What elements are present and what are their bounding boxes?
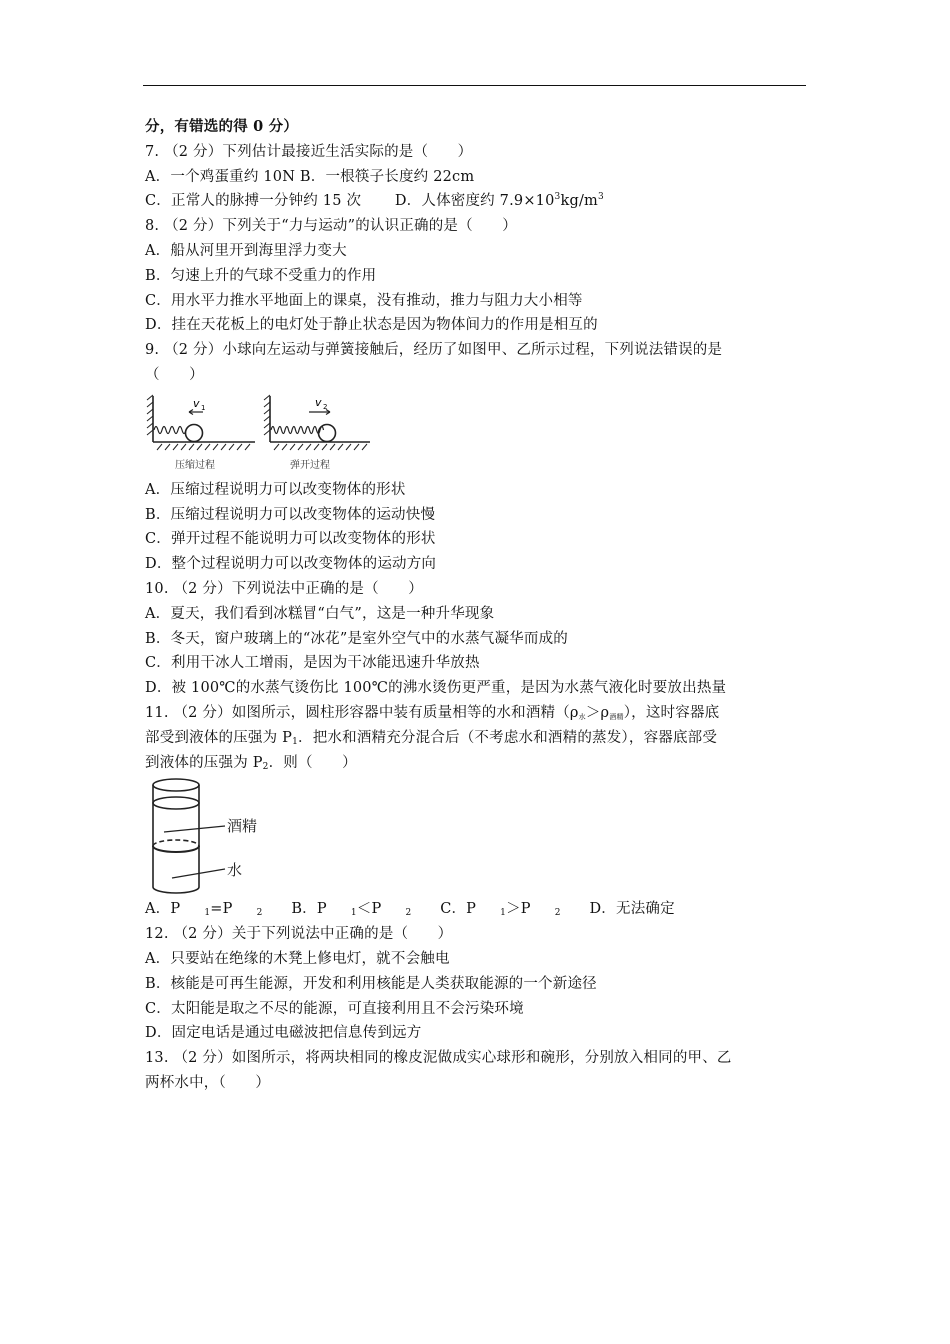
svg-text:弹开过程: 弹开过程	[290, 458, 330, 471]
question-8: 8. （2 分）下列关于“力与运动”的认识正确的是（ ） A．船从河里开到海里浮…	[145, 214, 810, 338]
svg-text:1: 1	[201, 404, 205, 412]
options-ab: A．一个鸡蛋重约 10N B．一根筷子长度约 22cm	[145, 165, 810, 190]
question-stem: 11. （2 分）如图所示，圆柱形容器中装有质量相等的水和酒精（ρ水＞ρ酒精），…	[145, 701, 810, 726]
header-rule	[143, 85, 806, 86]
question-9: 9. （2 分）小球向左运动与弹簧接触后，经历了如图甲、乙所示过程，下列说法错误…	[145, 338, 810, 577]
option-c: C．弹开过程不能说明力可以改变物体的形状	[145, 527, 810, 552]
svg-text:水: 水	[227, 861, 242, 879]
question-stem: 9. （2 分）小球向左运动与弹簧接触后，经历了如图甲、乙所示过程，下列说法错误…	[145, 338, 810, 363]
question-stem-cont: （ ）	[145, 363, 810, 388]
question-stem-line2: 部受到液体的压强为 P1．把水和酒精充分混合后（不考虑水和酒精的蒸发），容器底部…	[145, 726, 810, 751]
option-d: D．整个过程说明力可以改变物体的运动方向	[145, 552, 810, 577]
svg-text:v: v	[193, 397, 200, 410]
option-d: D．固定电话是通过电磁波把信息传到远方	[145, 1021, 810, 1046]
question-stem-line3: 到液体的压强为 P2．则（ ）	[145, 751, 810, 776]
question-stem: 8. （2 分）下列关于“力与运动”的认识正确的是（ ）	[145, 214, 810, 239]
option-d: D．无法确定	[589, 901, 674, 917]
question-7: 7. （2 分）下列估计最接近生活实际的是（ ） A．一个鸡蛋重约 10N B．…	[145, 140, 810, 214]
svg-text:2: 2	[323, 403, 327, 411]
options-row: A．P1=P2 B．P1＜P2 C．P1＞P2 D．无法确定	[145, 897, 810, 922]
option-b: B．核能是可再生能源，开发和利用核能是人类获取能源的一个新途径	[145, 972, 810, 997]
question-12: 12. （2 分）关于下列说法中正确的是（ ） A．只要站在绝缘的木凳上修电灯，…	[145, 922, 810, 1046]
section-instruction-fragment: 分，有错选的得 0 分）	[145, 115, 810, 140]
option-b: B．冬天，窗户玻璃上的“冰花”是室外空气中的水蒸气凝华而成的	[145, 627, 810, 652]
option-c: C．用水平力推水平地面上的课桌，没有推动，推力与阻力大小相等	[145, 289, 810, 314]
question-13: 13. （2 分）如图所示，将两块相同的橡皮泥做成实心球形和碗形，分别放入相同的…	[145, 1046, 810, 1096]
exam-page: 分，有错选的得 0 分） 7. （2 分）下列估计最接近生活实际的是（ ） A．…	[145, 115, 810, 1096]
svg-text:酒精: 酒精	[227, 817, 257, 835]
svg-text:压缩过程: 压缩过程	[175, 458, 215, 471]
spring-diagram-icon: v 1 压缩过程 v 2 弹开过程	[145, 390, 375, 476]
option-a: A．只要站在绝缘的木凳上修电灯，就不会触电	[145, 947, 810, 972]
option-a: A．夏天，我们看到冰糕冒“白气”，这是一种升华现象	[145, 602, 810, 627]
option-d: D．挂在天花板上的电灯处于静止状态是因为物体间力的作用是相互的	[145, 313, 810, 338]
spring-figure: v 1 压缩过程 v 2 弹开过程	[145, 390, 810, 476]
options-cd: C．正常人的脉搏一分钟约 15 次 D．人体密度约 7.9×103kg/m3	[145, 189, 810, 214]
question-11: 11. （2 分）如图所示，圆柱形容器中装有质量相等的水和酒精（ρ水＞ρ酒精），…	[145, 701, 810, 922]
svg-text:v: v	[315, 396, 322, 409]
option-b: B．压缩过程说明力可以改变物体的运动快慢	[145, 503, 810, 528]
option-c: C．太阳能是取之不尽的能源，可直接利用且不会污染环境	[145, 997, 810, 1022]
option-c: C．P1＞P2	[440, 901, 560, 917]
option-a: A．压缩过程说明力可以改变物体的形状	[145, 478, 810, 503]
question-10: 10. （2 分）下列说法中正确的是（ ） A．夏天，我们看到冰糕冒“白气”，这…	[145, 577, 810, 701]
option-a: A．船从河里开到海里浮力变大	[145, 239, 810, 264]
question-stem: 10. （2 分）下列说法中正确的是（ ）	[145, 577, 810, 602]
question-stem: 7. （2 分）下列估计最接近生活实际的是（ ）	[145, 140, 810, 165]
option-b: B．匀速上升的气球不受重力的作用	[145, 264, 810, 289]
cylinder-figure: 酒精 水	[145, 775, 810, 897]
cylinder-diagram-icon: 酒精 水	[145, 775, 295, 897]
question-stem: 12. （2 分）关于下列说法中正确的是（ ）	[145, 922, 810, 947]
option-a: A．P1=P2	[145, 901, 263, 917]
option-b: B．P1＜P2	[291, 901, 411, 917]
option-c: C．利用干冰人工增雨，是因为干冰能迅速升华放热	[145, 651, 810, 676]
question-stem-cont: 两杯水中，（ ）	[145, 1071, 810, 1096]
question-stem: 13. （2 分）如图所示，将两块相同的橡皮泥做成实心球形和碗形，分别放入相同的…	[145, 1046, 810, 1071]
option-d: D．被 100℃的水蒸气烫伤比 100℃的沸水烫伤更严重，是因为水蒸气液化时要放…	[145, 676, 810, 701]
